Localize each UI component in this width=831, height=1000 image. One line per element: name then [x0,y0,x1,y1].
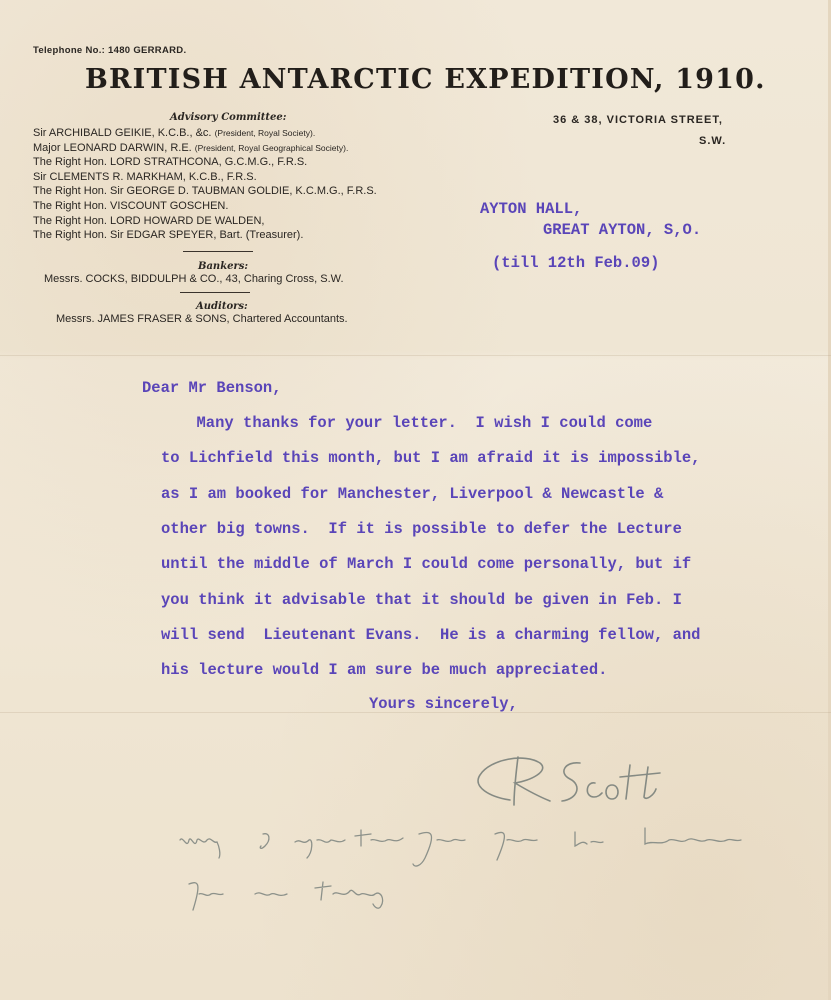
body-line: other big towns. If it is possible to de… [161,520,682,538]
advisory-committee-heading: Advisory Committee: [170,112,286,123]
body-line: will send Lieutenant Evans. He is a char… [161,626,701,644]
typed-address-line3: (till 12th Feb.09) [492,254,659,272]
committee-list: Sir ARCHIBALD GEIKIE, K.C.B., &c. (Presi… [33,126,377,243]
typed-address-line1: AYTON HALL, [480,200,582,218]
committee-member: Sir ARCHIBALD GEIKIE, K.C.B., &c. (Presi… [33,126,377,141]
committee-member: The Right Hon. LORD HOWARD DE WALDEN, [33,214,377,229]
body-line: until the middle of March I could come p… [161,555,691,573]
body-line: as I am booked for Manchester, Liverpool… [161,485,663,503]
body-line: Many thanks for your letter. I wish I co… [150,414,652,432]
committee-member: The Right Hon. LORD STRATHCONA, G.C.M.G.… [33,155,377,170]
committee-member: Major LEONARD DARWIN, R.E. (President, R… [33,141,377,156]
office-address-line2: S.W. [699,135,726,147]
salutation: Dear Mr Benson, [142,379,282,397]
committee-member: The Right Hon. Sir EDGAR SPEYER, Bart. (… [33,228,377,243]
committee-member: Sir CLEMENTS R. MARKHAM, K.C.B., F.R.S. [33,170,377,185]
divider [180,292,250,293]
body-line: you think it advisable that it should be… [161,591,682,609]
bankers-text: Messrs. COCKS, BIDDULPH & CO., 43, Chari… [44,273,344,285]
handwritten-postscript-icon [175,810,775,920]
fold-line [0,355,831,356]
closing: Yours sincerely, [369,695,518,713]
body-line: to Lichfield this month, but I am afraid… [161,449,701,467]
letterhead-title: BRITISH ANTARCTIC EXPEDITION, 1910. [85,64,766,95]
auditors-heading: Auditors: [196,301,248,312]
telephone-number: Telephone No.: 1480 GERRARD. [33,45,186,56]
committee-member: The Right Hon. VISCOUNT GOSCHEN. [33,199,377,214]
auditors-text: Messrs. JAMES FRASER & SONS, Chartered A… [56,313,348,325]
typed-address-line2: GREAT AYTON, S,O. [543,221,701,239]
signature-scribble-icon [470,745,680,815]
committee-member: The Right Hon. Sir GEORGE D. TAUBMAN GOL… [33,184,377,199]
divider [183,251,253,252]
bankers-heading: Bankers: [198,261,248,272]
body-line: his lecture would I am sure be much appr… [161,661,607,679]
office-address-line1: 36 & 38, VICTORIA STREET, [553,114,723,126]
letter-page: Telephone No.: 1480 GERRARD. BRITISH ANT… [0,0,831,1000]
